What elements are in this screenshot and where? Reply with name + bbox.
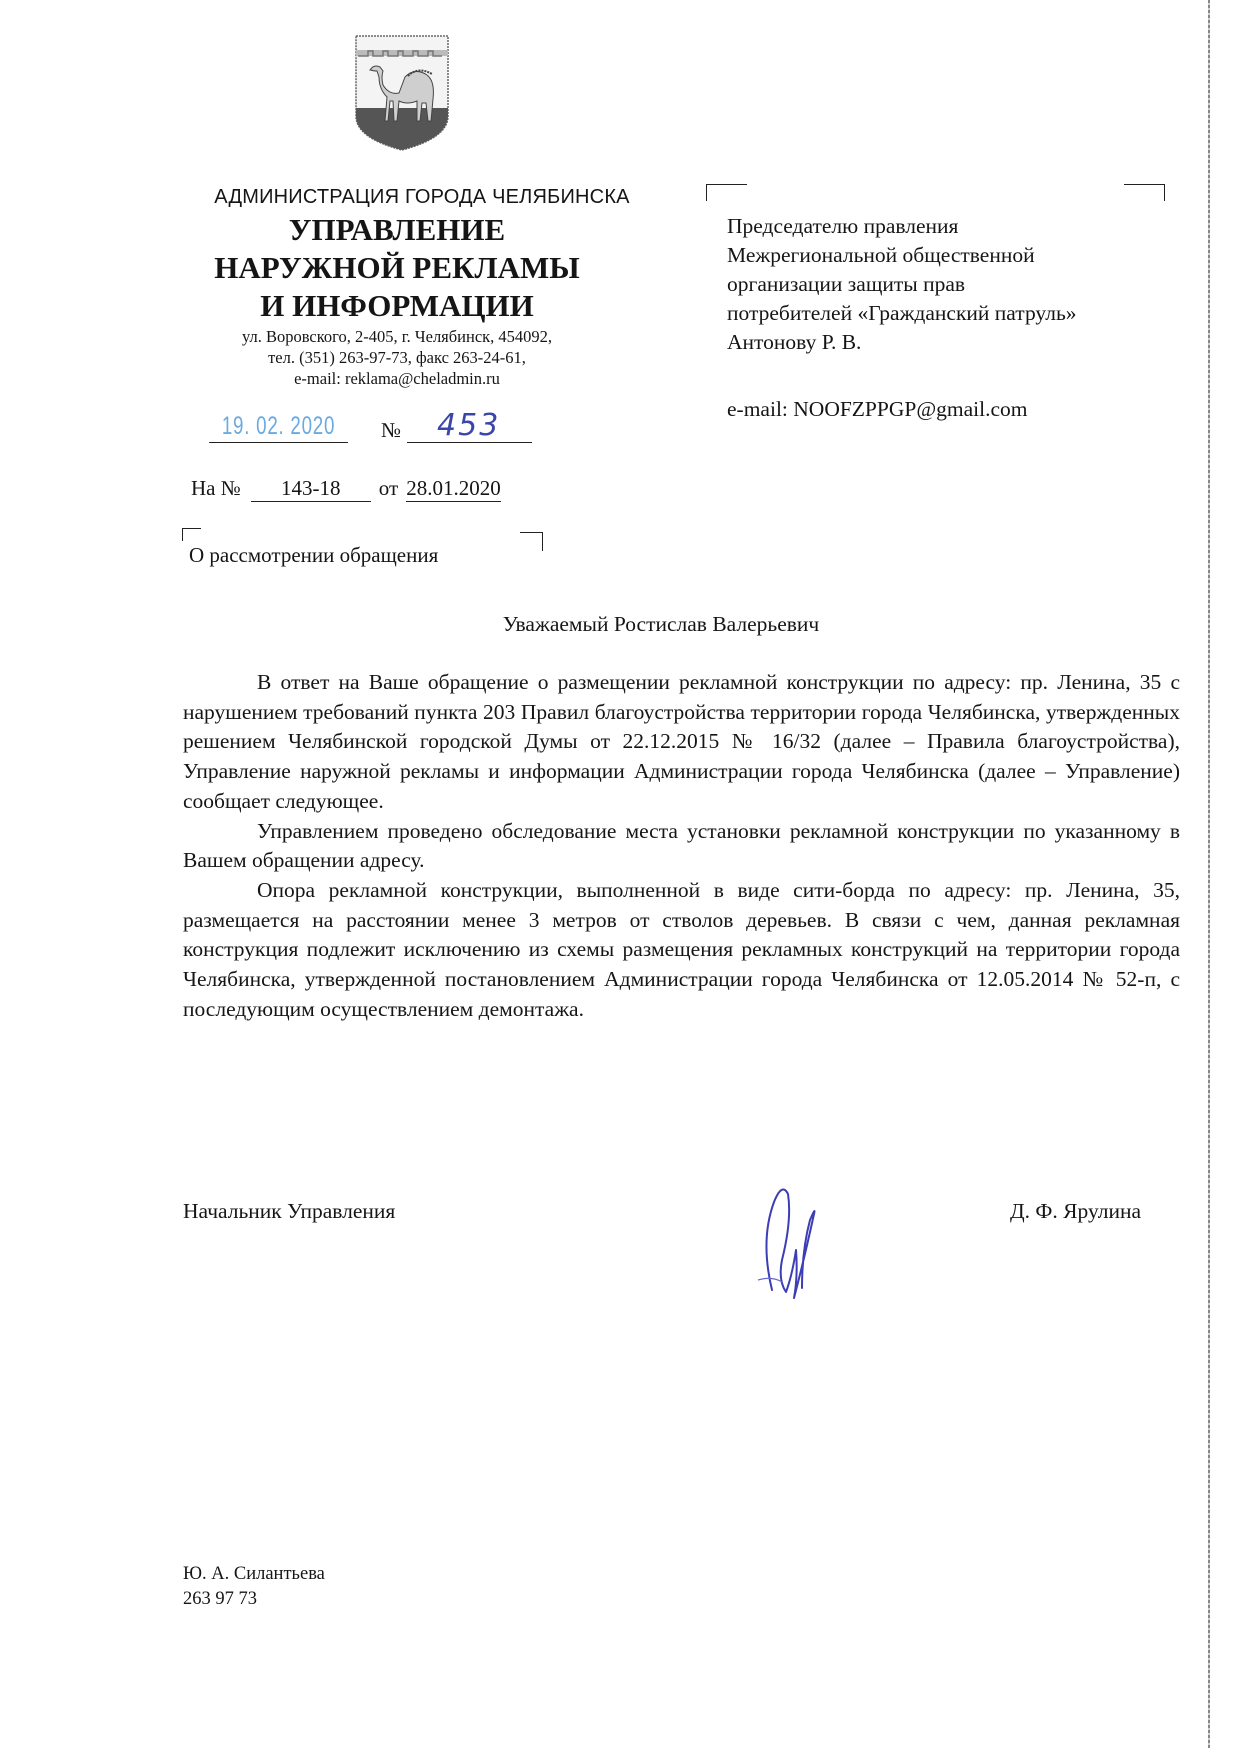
department-email: e-mail: reklama@cheladmin.ru	[182, 368, 612, 389]
department-name: УПРАВЛЕНИЕ НАРУЖНОЙ РЕКЛАМЫ И ИНФОРМАЦИИ	[182, 211, 612, 325]
signatory-title: Начальник Управления	[183, 1199, 395, 1224]
reply-to-label: На №	[191, 476, 241, 501]
addressee-line5: Антонову Р. В.	[727, 328, 1187, 357]
body-paragraph-1: В ответ на Ваше обращение о размещении р…	[183, 668, 1180, 817]
body-paragraph-2: Управлением проведено обследование места…	[183, 817, 1180, 876]
signatory-name: Д. Ф. Ярулина	[1010, 1199, 1141, 1224]
body-paragraph-3: Опора рекламной конструкции, выполненной…	[183, 876, 1180, 1025]
addressee-line2: Межрегиональной общественной	[727, 241, 1187, 270]
addressee-line4: потребителей «Гражданский патруль»	[727, 299, 1187, 328]
scan-edge	[1208, 0, 1210, 1748]
executor-name: Ю. А. Силантьева	[183, 1562, 325, 1587]
department-name-line1: УПРАВЛЕНИЕ	[182, 211, 612, 249]
department-name-line2: НАРУЖНОЙ РЕКЛАМЫ	[182, 249, 612, 287]
executor-phone: 263 97 73	[183, 1587, 325, 1612]
department-name-line3: И ИНФОРМАЦИИ	[182, 287, 612, 325]
reply-to-date: 28.01.2020	[406, 476, 501, 502]
addressee-line3: организации защиты прав	[727, 270, 1187, 299]
department-phone: тел. (351) 263-97-73, факс 263-24-61,	[182, 347, 612, 368]
registration-line: 19. 02. 2020 № 453	[186, 410, 532, 443]
salutation: Уважаемый Ростислав Валерьевич	[0, 612, 1242, 637]
letter-body: В ответ на Ваше обращение о размещении р…	[183, 668, 1180, 1024]
reply-from-label: от	[379, 476, 398, 501]
addressee-corner-left	[706, 184, 747, 201]
addressee-email: e-mail: NOOFZPPGP@gmail.com	[727, 397, 1028, 422]
department-address: ул. Воровского, 2-405, г. Челябинск, 454…	[182, 326, 612, 347]
subject-corner-left	[182, 528, 201, 541]
letter-subject: О рассмотрении обращения	[189, 543, 438, 568]
registration-date-stamp: 19. 02. 2020	[209, 410, 348, 443]
department-contacts: ул. Воровского, 2-405, г. Челябинск, 454…	[182, 326, 612, 389]
coat-of-arms-icon	[352, 30, 452, 152]
subject-corner-right	[520, 532, 543, 551]
executor-block: Ю. А. Силантьева 263 97 73	[183, 1562, 325, 1612]
addressee-line1: Председателю правления	[727, 212, 1187, 241]
administration-name: АДМИНИСТРАЦИЯ ГОРОДА ЧЕЛЯБИНСКА	[182, 186, 662, 209]
reply-to-number: 143-18	[251, 476, 371, 502]
registration-number-label: №	[381, 418, 401, 443]
reply-reference-line: На № 143-18 от 28.01.2020	[191, 476, 501, 502]
addressee-block: Председателю правления Межрегиональной о…	[727, 212, 1187, 357]
registration-number: 453	[407, 410, 532, 443]
handwritten-signature-icon	[752, 1180, 842, 1310]
addressee-corner-right	[1124, 184, 1165, 201]
